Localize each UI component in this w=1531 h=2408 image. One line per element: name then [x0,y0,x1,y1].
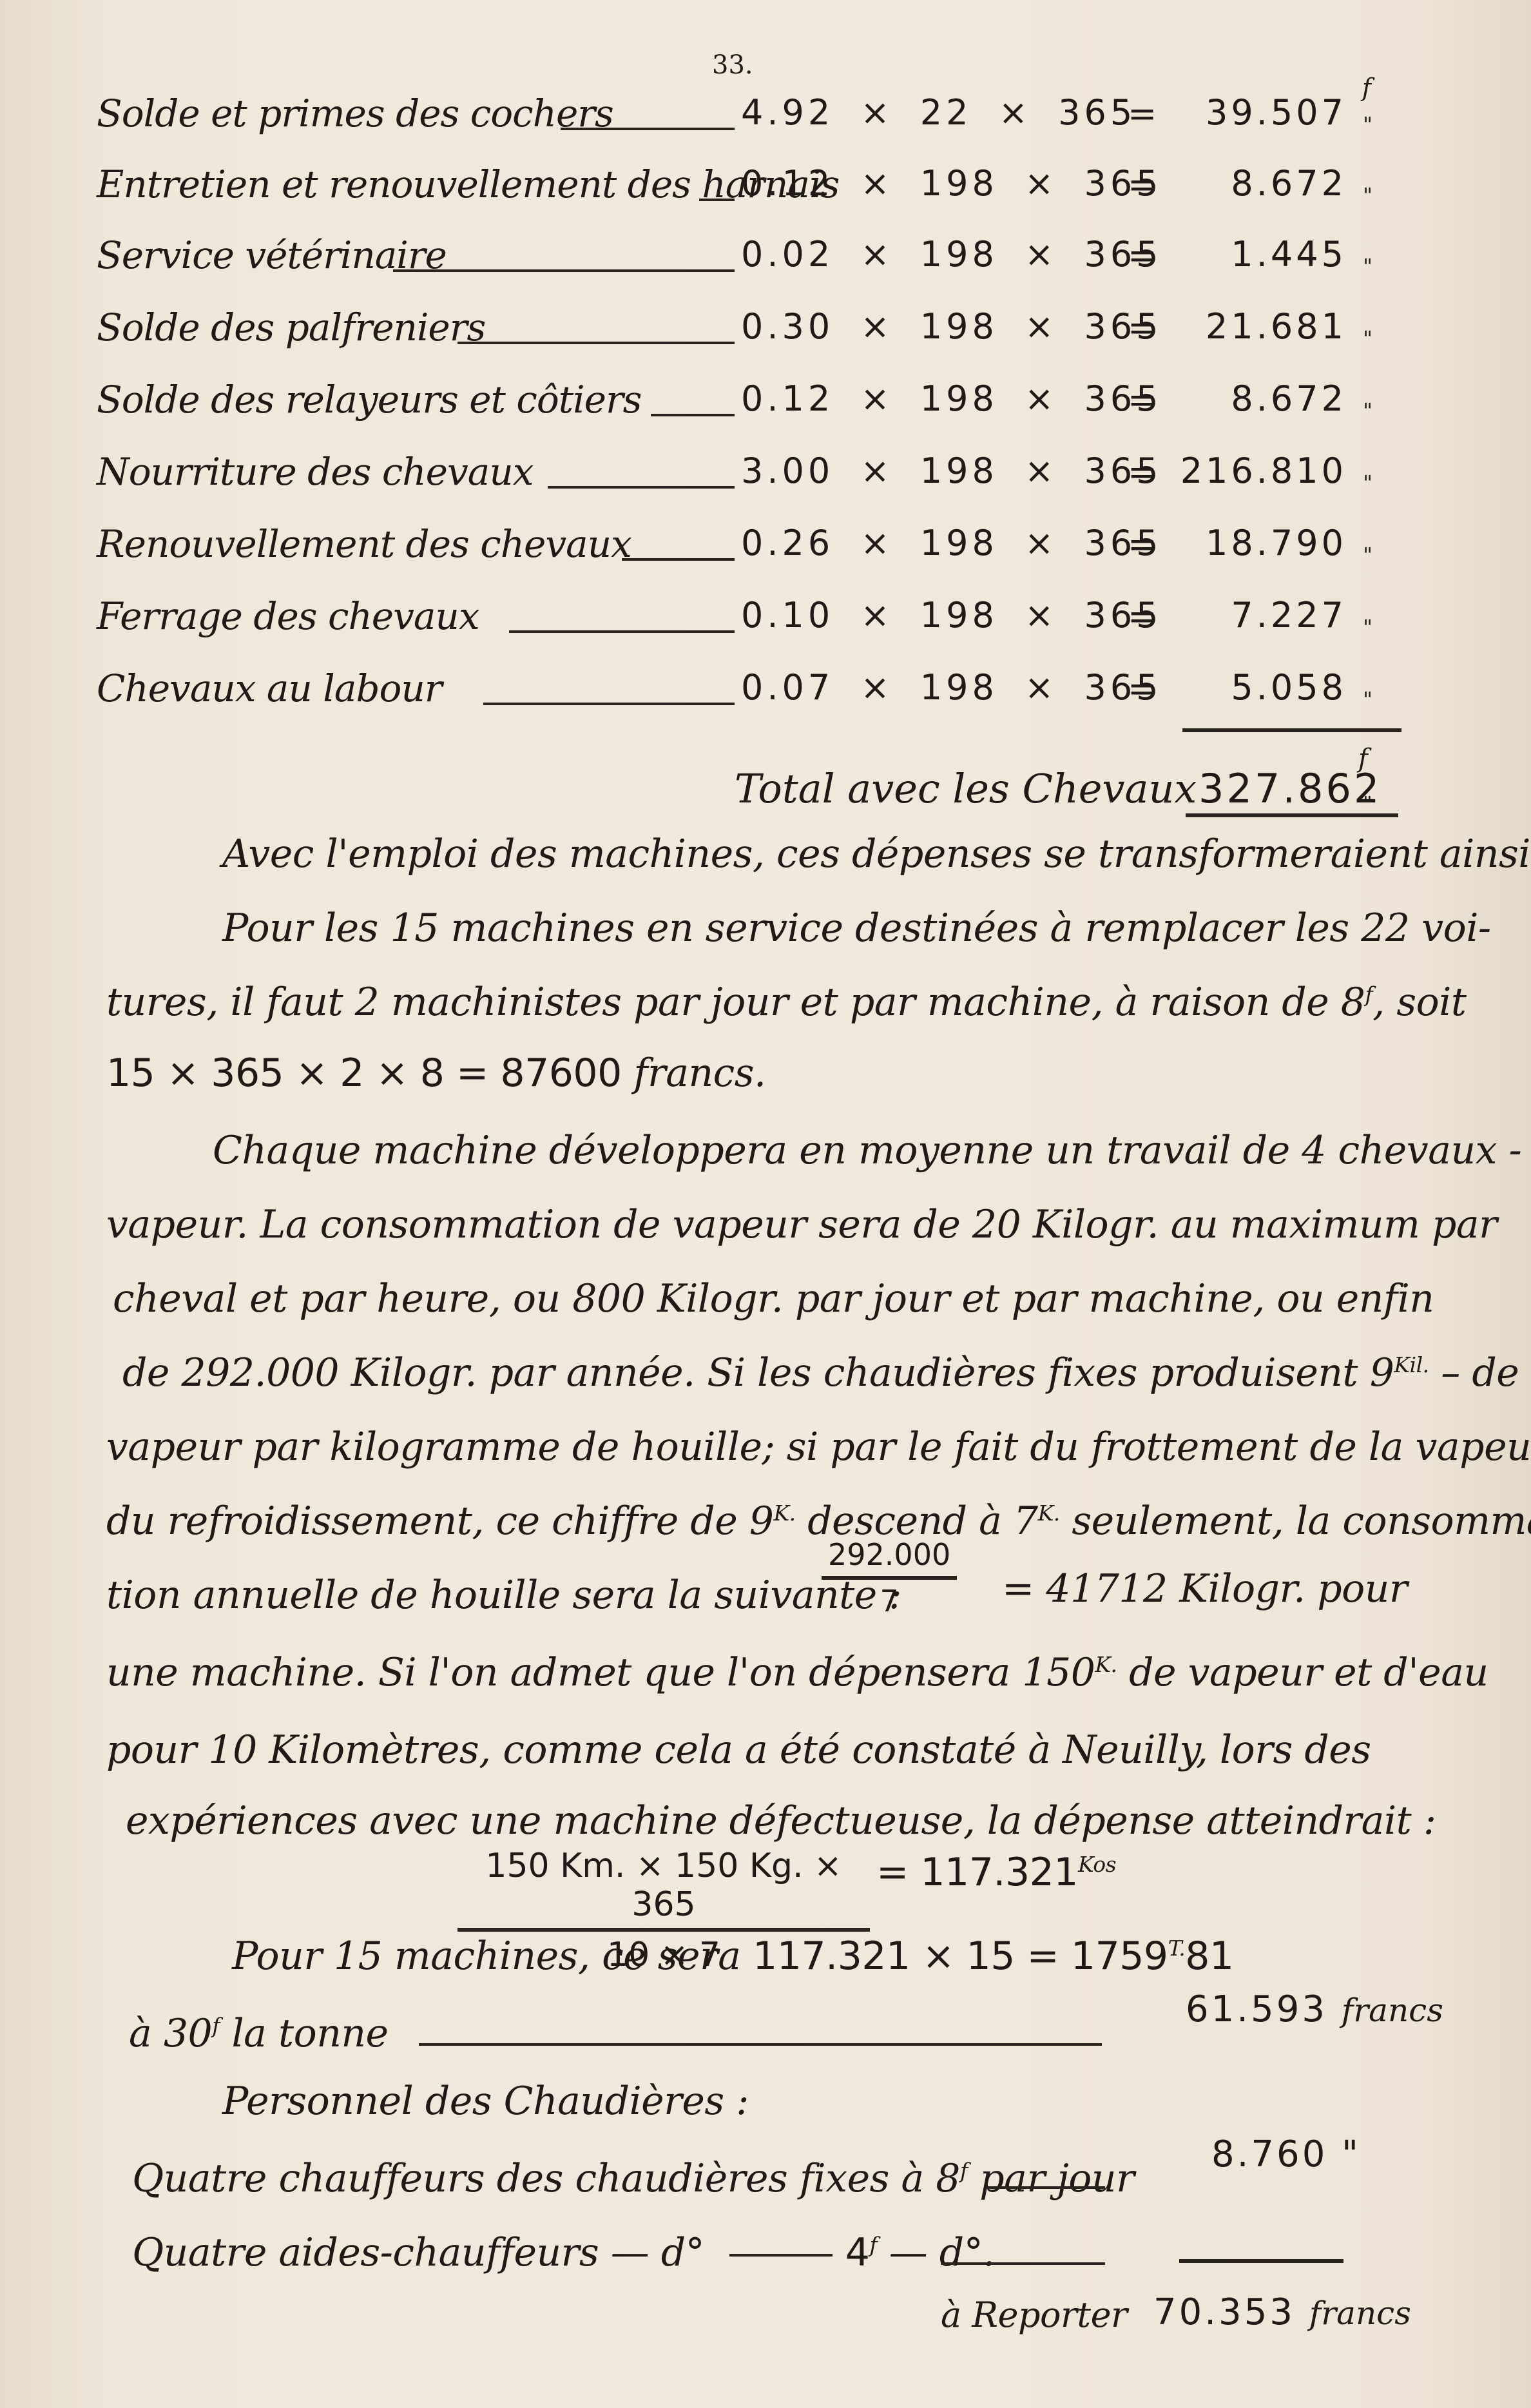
row-formula: 0.12 × 198 × 365 [741,163,1162,204]
carry-forward-label: à Reporter [941,2295,1127,2335]
leader-line [699,199,735,201]
carry-forward-amount: 70.353 francs [1153,2291,1411,2333]
equals-sign: = [1128,380,1157,420]
equals-sign: = [1128,668,1157,709]
row-result: 216.810 [1180,451,1347,491]
leader-line [561,128,735,130]
leader-line [457,342,735,344]
ditto-mark: " [1363,326,1372,351]
row-formula: 0.30 × 198 × 365 [741,306,1162,347]
text-span: Pour 15 machines, ce sera [232,1934,741,1979]
paragraph-line: Chaque machine développera en moyenne un… [213,1128,1521,1173]
row-result: 8.672 [1231,378,1347,419]
section-heading: Personnel des Chaudières : [222,2079,749,2124]
ditto-mark: " [1363,471,1372,495]
franc-symbol: f [1358,744,1368,773]
leader-line [393,269,735,272]
text-span: une machine. Si l'on admet que l'on dépe… [106,1650,1095,1695]
text-span: seulement, la consomma- [1060,1499,1531,1544]
text-span: de vapeur et d'eau [1117,1650,1488,1695]
fraction: 292.000 7 [822,1537,957,1618]
row-label: Solde des palfreniers [97,306,485,349]
row-result: 21.681 [1206,306,1347,347]
amount-value: 61.593 [1186,1988,1327,2030]
formula-numerator: 150 Km. × 150 Kg. × 365 [457,1847,870,1928]
paragraph-intro: Avec l'emploi des machines, ces dépenses… [222,831,1531,877]
ditto-mark: " [1342,2133,1361,2175]
equals-sign: = [1128,93,1157,134]
franc-symbol: f [1365,982,1372,1007]
calculation-end: 81 [1185,1934,1233,1979]
paragraph-line: à 30f la tonne [129,2011,389,2056]
paragraph-line: expériences avec une machine défectueuse… [126,1798,1436,1843]
table-row: Chevaux au labour 0.07 × 198 × 365 = 5.0… [97,651,1418,722]
table-row: Solde et primes des cochers 4.92 × 22 × … [97,76,1418,147]
row-label: Solde et primes des cochers [97,92,613,135]
stokers-cost: 8.760 " [1211,2133,1361,2175]
paragraph-line: = 41712 Kilogr. pour [1002,1566,1407,1611]
ditto-mark: " [1363,687,1372,712]
leader-line [509,630,735,633]
formula-result: = 117.321Kos [876,1850,1116,1895]
paragraph-line: une machine. Si l'on admet que l'on dépe… [106,1650,1488,1695]
unit-superscript: K. [1095,1652,1117,1677]
equals-sign: = [1128,524,1157,565]
sum-rule [1179,2259,1343,2263]
ditto-mark: " [1363,615,1372,639]
row-label: Renouvellement des chevaux [97,522,631,566]
leader-line [729,2254,833,2257]
unit-superscript: K. [1038,1500,1060,1526]
table-row: Nourriture des chevaux 3.00 × 198 × 365 … [97,434,1418,505]
row-result: 5.058 [1231,667,1347,708]
text-span: par jour [968,2156,1135,2201]
text-span: Quatre chauffeurs des chaudières fixes à… [132,2156,960,2201]
paragraph-line: du refroidissement, ce chiffre de 9K. de… [106,1499,1531,1544]
total-row: Total avec les Chevaux 327.862 f " [735,741,1418,819]
paragraph-line: Quatre aides-chauffeurs — d° 4f — d°. [132,2230,995,2275]
paragraph-line: tures, il faut 2 machinistes par jour et… [106,980,1467,1025]
row-formula: 4.92 × 22 × 365 [741,92,1136,133]
unit-superscript: T. [1168,1936,1186,1961]
calculation: 15 × 365 × 2 × 8 = 87600 [106,1051,622,1096]
leader-line [483,703,735,705]
paragraph-line: vapeur. La consommation de vapeur sera d… [106,1202,1497,1247]
equals-sign: = [1128,596,1157,637]
paragraph-line: de 292.000 Kilogr. par année. Si les cha… [122,1350,1519,1395]
ditto-mark: " [1363,112,1372,137]
paragraph-line: pour 10 Kilomètres, comme cela a été con… [106,1727,1371,1772]
calculation: 117.321 × 15 = 1759 [753,1934,1168,1979]
coal-cost: 61.593 francs [1186,1988,1443,2030]
unit-superscript: Kil. [1394,1352,1429,1377]
franc-symbol: f [869,2232,877,2257]
franc-symbol: f [960,2158,968,2183]
table-row: Service vétérinaire 0.02 × 198 × 365 = 1… [97,218,1418,289]
text-span: de 292.000 Kilogr. par année. Si les cha… [122,1350,1394,1395]
row-formula: 0.10 × 198 × 365 [741,595,1162,636]
currency-word: francs [1309,2295,1411,2332]
table-row: Solde des relayeurs et côtiers 0.12 × 19… [97,362,1418,433]
table-row: Solde des palfreniers 0.30 × 198 × 365 =… [97,290,1418,361]
amount-value: 8.760 [1211,2133,1327,2175]
leader-line [622,558,735,561]
franc-symbol: f [1362,73,1371,102]
row-label: Solde des relayeurs et côtiers [97,378,641,422]
amount-value: 70.353 [1153,2291,1295,2333]
paragraph-line: 15 × 365 × 2 × 8 = 87600 francs. [106,1051,766,1096]
row-formula: 0.07 × 198 × 365 [741,667,1162,708]
result-value: = 117.321 [876,1850,1078,1895]
leader-line [651,414,735,416]
row-formula: 0.26 × 198 × 365 [741,523,1162,563]
equals-sign: = [1128,235,1157,276]
paragraph-line: Quatre chauffeurs des chaudières fixes à… [132,2156,1134,2201]
ditto-mark: " [1363,398,1372,423]
text-span: tures, il faut 2 machinistes par jour et… [106,980,1365,1025]
paragraph-line: Pour les 15 machines en service destinée… [222,906,1491,951]
subtotal-rule [1182,728,1401,732]
document-page: 33. Solde et primes des cochers 4.92 × 2… [0,0,1531,2408]
row-label: Chevaux au labour [97,666,442,710]
equals-sign: = [1128,307,1157,348]
row-label: Nourriture des chevaux [97,450,533,494]
equals-sign: = [1128,452,1157,492]
row-result: 1.445 [1231,234,1347,275]
paragraph-line: Pour 15 machines, ce sera 117.321 × 15 =… [232,1934,1234,1979]
row-result: 18.790 [1206,523,1347,563]
ditto-mark: " [1363,791,1372,816]
paragraph-line: tion annuelle de houille sera la suivant… [106,1573,901,1618]
row-formula: 0.12 × 198 × 365 [741,378,1162,419]
total-rule [1186,813,1398,817]
ditto-mark: " [1363,543,1372,567]
row-result: 7.227 [1231,595,1347,636]
fraction-denominator: 7 [822,1580,957,1618]
ditto-mark: " [1363,254,1372,278]
leader-line [419,2043,1102,2046]
text-span: francs. [633,1051,765,1096]
text-span: Quatre aides-chauffeurs — d° [132,2230,704,2275]
text-span: de [1472,1350,1519,1395]
table-row: Renouvellement des chevaux 0.26 × 198 × … [97,507,1418,578]
text-span: à 30 [129,2011,212,2056]
row-formula: 0.02 × 198 × 365 [741,234,1162,275]
paragraph-line: cheval et par heure, ou 800 Kilogr. par … [113,1276,1434,1321]
total-label: Total avec les Chevaux [735,765,1197,812]
text-span: du refroidissement, ce chiffre de 9 [106,1499,773,1544]
total-value: 327.862 [1199,765,1382,812]
paragraph-line: vapeur par kilogramme de houille; si par… [106,1424,1531,1470]
table-row: Ferrage des chevaux 0.10 × 198 × 365 = 7… [97,579,1418,650]
text-span: la tonne [220,2011,389,2056]
franc-symbol: f [212,2013,220,2038]
ditto-mark: " [1363,183,1372,208]
unit-superscript: K. [773,1500,795,1526]
text-span: , soit [1372,980,1466,1025]
leader-line [986,2186,1105,2189]
table-row: Entretien et renouvellement des harnais … [97,147,1418,218]
row-label: Ferrage des chevaux [97,594,479,638]
text-span: — d°. [877,2230,995,2275]
leader-line [548,486,735,489]
row-formula: 3.00 × 198 × 365 [741,451,1162,491]
fraction-numerator: 292.000 [822,1537,957,1576]
currency-word: francs [1342,1992,1443,2029]
equals-sign: = [1128,164,1157,205]
rate-value: 4 [845,2230,870,2275]
unit-superscript: Kos [1078,1852,1116,1877]
leader-line [941,2262,1105,2265]
row-result: 39.507 [1206,92,1347,133]
row-result: 8.672 [1231,163,1347,204]
